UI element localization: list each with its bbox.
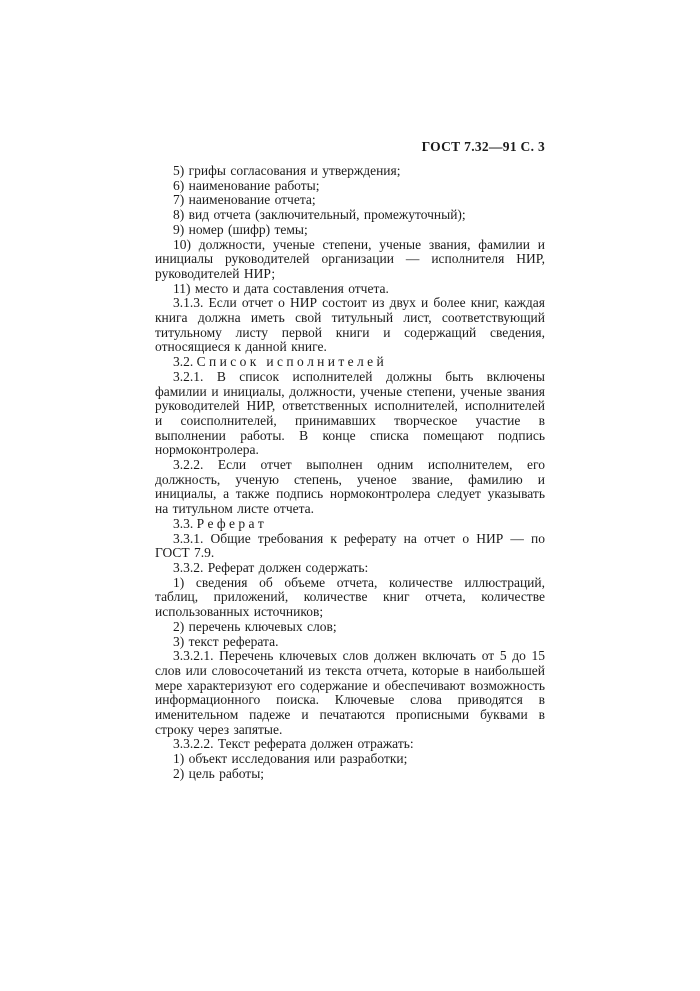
list-item: 10) должности, ученые степени, ученые зв…: [155, 238, 545, 282]
paragraph: 3.3.2.2. Текст реферата должен отражать:: [155, 737, 545, 752]
list-item: 9) номер (шифр) темы;: [155, 223, 545, 238]
section-heading: 3.3. Р е ф е р а т: [155, 517, 545, 532]
section-heading: 3.2. С п и с о к и с п о л н и т е л е й: [155, 355, 545, 370]
list-item: 8) вид отчета (заключительный, промежуто…: [155, 208, 545, 223]
list-item: 3) текст реферата.: [155, 635, 545, 650]
paragraph: 3.3.2.1. Перечень ключевых слов должен в…: [155, 649, 545, 737]
list-item: 6) наименование работы;: [155, 179, 545, 194]
document-page: ГОСТ 7.32—91 С. 3 5) грифы согласования …: [0, 0, 700, 991]
list-item: 2) цель работы;: [155, 767, 545, 782]
list-item: 7) наименование отчета;: [155, 193, 545, 208]
list-item: 5) грифы согласования и утверждения;: [155, 164, 545, 179]
paragraph: 3.3.2. Реферат должен содержать:: [155, 561, 545, 576]
paragraph: 3.1.3. Если отчет о НИР состоит из двух …: [155, 296, 545, 355]
document-body: 5) грифы согласования и утверждения;6) н…: [155, 164, 545, 782]
list-item: 1) объект исследования или разработки;: [155, 752, 545, 767]
page-header: ГОСТ 7.32—91 С. 3: [155, 140, 545, 154]
paragraph: 3.2.1. В список исполнителей должны быть…: [155, 370, 545, 458]
list-item: 1) сведения об объеме отчета, количестве…: [155, 576, 545, 620]
paragraph: 3.2.2. Если отчет выполнен одним исполни…: [155, 458, 545, 517]
list-item: 11) место и дата составления отчета.: [155, 282, 545, 297]
paragraph: 3.3.1. Общие требования к реферату на от…: [155, 532, 545, 561]
list-item: 2) перечень ключевых слов;: [155, 620, 545, 635]
